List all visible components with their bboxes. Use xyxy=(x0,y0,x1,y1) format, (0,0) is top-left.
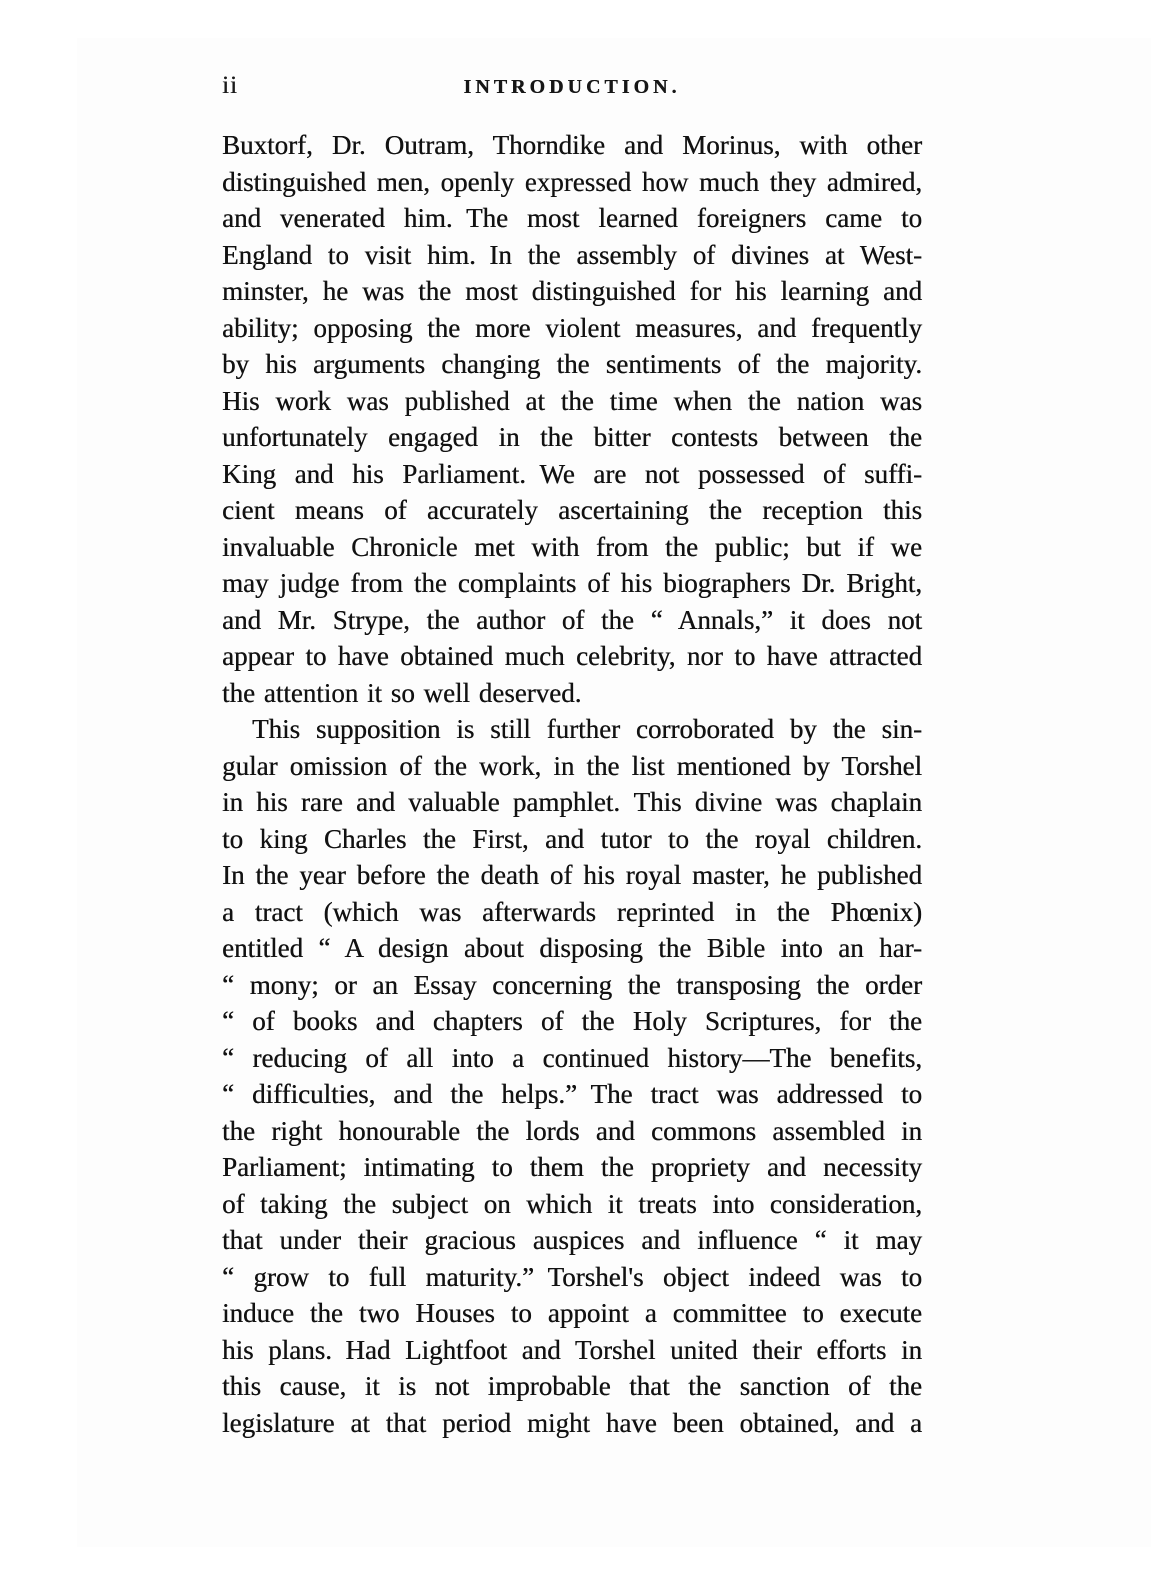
text-line: appear to have obtained much celebrity, … xyxy=(222,638,922,675)
text-line: in his rare and valuable pamphlet. This … xyxy=(222,784,922,821)
text-line: “ difficulties, and the helps.” The trac… xyxy=(222,1076,922,1113)
text-line: minster, he was the most distinguished f… xyxy=(222,273,922,310)
text-line: and venerated him. The most learned fore… xyxy=(222,200,922,237)
text-line: “ mony; or an Essay concerning the trans… xyxy=(222,967,922,1004)
text-line: this cause, it is not improbable that th… xyxy=(222,1368,922,1405)
text-line: his plans. Had Lightfoot and Torshel uni… xyxy=(222,1332,922,1369)
text-line: to king Charles the First, and tutor to … xyxy=(222,821,922,858)
text-line: cient means of accurately ascertaining t… xyxy=(222,492,922,529)
body-text: Buxtorf, Dr. Outram, Thorndike and Morin… xyxy=(222,127,922,1441)
text-line: legislature at that period might have be… xyxy=(222,1405,922,1442)
text-line: England to visit him. In the assembly of… xyxy=(222,237,922,274)
text-line: entitled “ A design about disposing the … xyxy=(222,930,922,967)
text-line: ability; opposing the more violent measu… xyxy=(222,310,922,347)
text-line: “ reducing of all into a continued histo… xyxy=(222,1040,922,1077)
text-line: This supposition is still further corrob… xyxy=(222,711,922,748)
text-line: and Mr. Strype, the author of the “ Anna… xyxy=(222,602,922,639)
text-line: may judge from the complaints of his bio… xyxy=(222,565,922,602)
text-line: of taking the subject on which it treats… xyxy=(222,1186,922,1223)
text-line: gular omission of the work, in the list … xyxy=(222,748,922,785)
text-line: invaluable Chronicle met with from the p… xyxy=(222,529,922,566)
running-head: INTRODUCTION. xyxy=(222,76,922,99)
text-line: “ of books and chapters of the Holy Scri… xyxy=(222,1003,922,1040)
text-line: His work was published at the time when … xyxy=(222,383,922,420)
text-line: Parliament; intimating to them the propr… xyxy=(222,1149,922,1186)
text-line: induce the two Houses to appoint a commi… xyxy=(222,1295,922,1332)
text-line: “ grow to full maturity.” Torshel's obje… xyxy=(222,1259,922,1296)
text-line: King and his Parliament. We are not poss… xyxy=(222,456,922,493)
text-line: by his arguments changing the sentiments… xyxy=(222,346,922,383)
text-line: a tract (which was afterwards reprinted … xyxy=(222,894,922,931)
text-line: Buxtorf, Dr. Outram, Thorndike and Morin… xyxy=(222,127,922,164)
text-line: unfortunately engaged in the bitter cont… xyxy=(222,419,922,456)
text-line: distinguished men, openly expressed how … xyxy=(222,164,922,201)
text-line: In the year before the death of his roya… xyxy=(222,857,922,894)
text-line: that under their gracious auspices and i… xyxy=(222,1222,922,1259)
text-line: the right honourable the lords and commo… xyxy=(222,1113,922,1150)
text-line: the attention it so well deserved. xyxy=(222,675,922,712)
